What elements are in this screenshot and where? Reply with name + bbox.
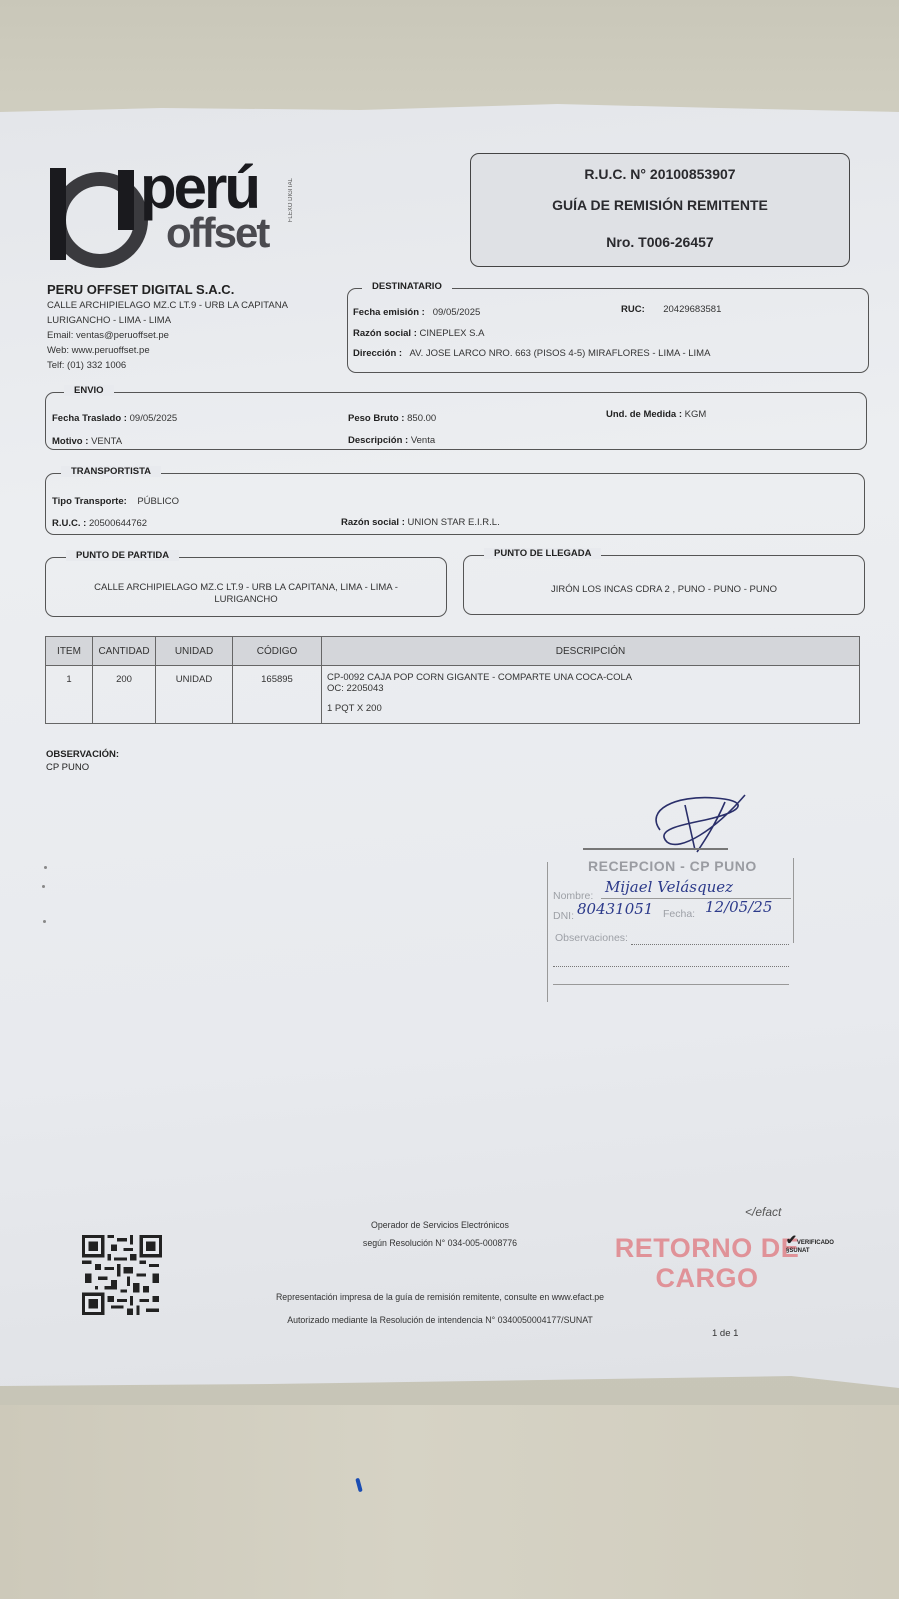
fecha-traslado-label: Fecha Traslado : <box>52 413 127 424</box>
items-table-header: ITEM CANTIDAD UNIDAD CÓDIGO DESCRIPCIÓN <box>46 637 860 666</box>
peso-bruto-label: Peso Bruto : <box>348 413 404 424</box>
punto-partida-box: PUNTO DE PARTIDA CALLE ARCHIPIELAGO MZ.C… <box>45 557 447 617</box>
col-codigo: CÓDIGO <box>233 637 322 666</box>
operador-line-2: según Resolución N° 034-005-0008776 <box>240 1234 640 1252</box>
stamp-top-line <box>583 848 728 850</box>
punto-llegada-box: PUNTO DE LLEGADA JIRÓN LOS INCAS CDRA 2 … <box>463 555 865 615</box>
issuer-name: PERU OFFSET DIGITAL S.A.C. <box>47 282 288 298</box>
company-logo: perú offset FLEXO DIGITAL <box>48 168 273 264</box>
document-number: Nro. T006-26457 <box>471 234 849 250</box>
motivo-value: VENTA <box>91 436 122 447</box>
descripcion-label: Descripción : <box>348 435 408 446</box>
fecha-traslado-value: 09/05/2025 <box>130 413 178 424</box>
retorno-stamp-line-2: CARGO <box>607 1263 807 1293</box>
unidad-medida-value: KGM <box>685 409 707 420</box>
operador-line-1: Operador de Servicios Electrónicos <box>240 1216 640 1234</box>
stamp-dni-label: DNI: <box>553 910 574 922</box>
cell-cantidad: 200 <box>93 666 156 724</box>
cell-codigo: 165895 <box>233 666 322 724</box>
logo-bar-icon <box>118 170 134 230</box>
observacion-value: CP PUNO <box>46 761 119 774</box>
envio-legend: ENVIO <box>64 385 114 396</box>
efact-icon: </ <box>745 1205 755 1219</box>
document-title: GUÍA DE REMISIÓN REMITENTE <box>471 197 849 213</box>
transportista-razon-label: Razón social : <box>341 517 405 528</box>
issuer-address-2: LURIGANCHO - LIMA - LIMA <box>47 313 288 328</box>
issuer-phone: Telf: (01) 332 1006 <box>47 358 288 373</box>
issuer-info: PERU OFFSET DIGITAL S.A.C. CALLE ARCHIPI… <box>47 282 288 373</box>
stamp-border <box>547 862 548 1002</box>
issuer-email: Email: ventas@peruoffset.pe <box>47 328 288 343</box>
destinatario-ruc-value: 20429683581 <box>663 304 721 315</box>
transportista-box: TRANSPORTISTA Tipo Transporte: PÚBLICO R… <box>45 473 865 535</box>
cell-item: 1 <box>46 666 93 724</box>
transportista-razon-value: UNION STAR E.I.R.L. <box>408 517 500 528</box>
stamp-line <box>553 966 789 967</box>
operador-info: Operador de Servicios Electrónicos según… <box>240 1216 640 1252</box>
legal-info: Representación impresa de la guía de rem… <box>230 1286 650 1332</box>
transportista-legend: TRANSPORTISTA <box>61 466 161 477</box>
logo-bar-icon <box>50 168 66 260</box>
punto-llegada-legend: PUNTO DE LLEGADA <box>484 548 601 559</box>
efact-logo: </efact <box>745 1205 781 1219</box>
stamp-fecha-value: 12/05/25 <box>705 898 772 916</box>
col-item: ITEM <box>46 637 93 666</box>
tipo-transporte-value: PÚBLICO <box>137 496 179 507</box>
destinatario-legend: DESTINATARIO <box>362 281 452 292</box>
paper-mark <box>43 920 46 923</box>
stamp-border <box>793 858 794 943</box>
razon-social-value: CINEPLEX S.A <box>420 328 485 339</box>
punto-llegada-address: JIRÓN LOS INCAS CDRA 2 , PUNO - PUNO - P… <box>464 584 864 595</box>
table-row: 1 200 UNIDAD 165895 CP-0092 CAJA POP COR… <box>46 666 860 724</box>
paper-mark <box>44 866 47 869</box>
page-number: 1 de 1 <box>712 1328 738 1339</box>
logo-side-text: FLEXO DIGITAL <box>288 178 294 222</box>
envio-box: ENVIO Fecha Traslado : 09/05/2025 Peso B… <box>45 392 867 450</box>
stamp-line <box>553 984 789 985</box>
tipo-transporte-label: Tipo Transporte: <box>52 496 127 507</box>
cell-unidad: UNIDAD <box>156 666 233 724</box>
direccion-label: Dirección : <box>353 348 402 359</box>
descripcion-value: Venta <box>411 435 435 446</box>
reception-stamp: RECEPCION - CP PUNO Nombre: Mijael Velás… <box>553 848 798 998</box>
efact-logo-text: efact <box>755 1205 781 1219</box>
issuer-web: Web: www.peruoffset.pe <box>47 343 288 358</box>
cell-descripcion: CP-0092 CAJA POP CORN GIGANTE - COMPARTE… <box>322 666 860 724</box>
autorizado-text: Autorizado mediante la Resolución de int… <box>230 1309 650 1332</box>
peso-bruto-value: 850.00 <box>407 413 436 424</box>
descripcion-line-1: CP-0092 CAJA POP CORN GIGANTE - COMPARTE… <box>327 672 858 683</box>
observacion-section: OBSERVACIÓN: CP PUNO <box>46 748 119 774</box>
issuer-ruc: R.U.C. N° 20100853907 <box>471 166 849 182</box>
stamp-fecha-label: Fecha: <box>663 908 695 920</box>
stamp-nombre-value: Mijael Velásquez <box>605 878 733 896</box>
observacion-label: OBSERVACIÓN: <box>46 749 119 760</box>
col-cantidad: CANTIDAD <box>93 637 156 666</box>
retorno-stamp-line-1: RETORNO DE <box>607 1233 807 1263</box>
sunat-verified-badge: ✔VERIFICADO §SUNAT <box>786 1236 834 1255</box>
transportista-ruc-value: 20500644762 <box>89 518 147 529</box>
representacion-text: Representación impresa de la guía de rem… <box>230 1286 650 1309</box>
punto-partida-legend: PUNTO DE PARTIDA <box>66 550 179 561</box>
checkmark-icon: ✔ <box>786 1232 797 1247</box>
destinatario-ruc-label: RUC: <box>621 304 645 315</box>
retorno-cargo-stamp: RETORNO DE CARGO <box>607 1233 807 1293</box>
fecha-emision-value: 09/05/2025 <box>433 307 481 318</box>
document-id-box: R.U.C. N° 20100853907 GUÍA DE REMISIÓN R… <box>470 153 850 267</box>
unidad-medida-label: Und. de Medida : <box>606 409 682 420</box>
stamp-dni-value: 80431051 <box>577 900 653 918</box>
stamp-observaciones-label: Observaciones: <box>555 932 628 944</box>
descripcion-line-2: OC: 2205043 <box>327 683 858 694</box>
items-table: ITEM CANTIDAD UNIDAD CÓDIGO DESCRIPCIÓN … <box>45 636 860 724</box>
qr-code-icon <box>82 1235 162 1315</box>
stamp-line <box>631 944 789 945</box>
col-unidad: UNIDAD <box>156 637 233 666</box>
background-surface <box>0 1405 899 1599</box>
col-descripcion: DESCRIPCIÓN <box>322 637 860 666</box>
sunat-badge-text-2: SUNAT <box>789 1248 809 1254</box>
punto-partida-line-1: CALLE ARCHIPIELAGO MZ.C LT.9 - URB LA CA… <box>46 582 446 594</box>
transportista-ruc-label: R.U.C. : <box>52 518 86 529</box>
motivo-label: Motivo : <box>52 436 88 447</box>
razon-social-label: Razón social : <box>353 328 417 339</box>
direccion-value: AV. JOSE LARCO NRO. 663 (PISOS 4-5) MIRA… <box>410 348 711 359</box>
punto-partida-line-2: LURIGANCHO <box>46 594 446 606</box>
stamp-title: RECEPCION - CP PUNO <box>588 858 757 874</box>
destinatario-box: DESTINATARIO Fecha emisión : 09/05/2025 … <box>347 288 869 373</box>
issuer-address-1: CALLE ARCHIPIELAGO MZ.C LT.9 - URB LA CA… <box>47 298 288 313</box>
logo-text-sub: offset <box>166 212 268 254</box>
descripcion-line-3: 1 PQT X 200 <box>327 703 858 714</box>
fecha-emision-label: Fecha emisión : <box>353 307 425 318</box>
paper-mark <box>42 885 45 888</box>
sunat-badge-text-1: VERIFICADO <box>797 1240 834 1246</box>
